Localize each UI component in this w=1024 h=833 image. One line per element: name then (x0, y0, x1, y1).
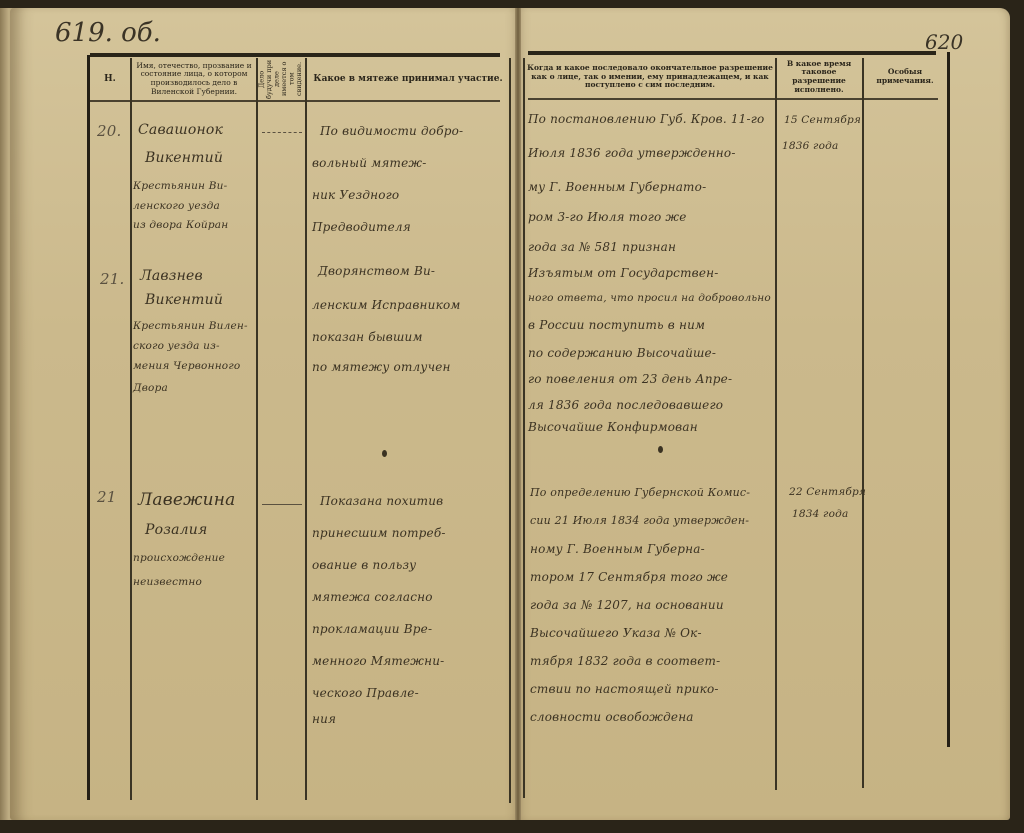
ledger-spread: 619. об. 620 Н. Имя, отечество, прозвани… (0, 0, 1024, 833)
participation-line: ния (312, 712, 336, 726)
row-name-status: мения Червонного (133, 360, 240, 372)
col-divider-name (256, 58, 258, 800)
row-name-surname: Савашонок (138, 122, 223, 138)
resolution-line: му Г. Военным Губернато- (528, 180, 706, 194)
header-case: Дело будучи при деле имеется о том свиде… (258, 58, 304, 100)
participation-line: ленским Исправником (312, 298, 461, 312)
participation-line: ник Уездного (312, 188, 399, 202)
row-name-status: Крестьянин Вилен- (133, 320, 248, 332)
case-dash-mark (262, 132, 302, 133)
participation-line: Предводителя (312, 220, 411, 234)
top-rule-right (528, 51, 936, 55)
executed-year: 1834 года (792, 508, 848, 520)
participation-line: принесшим потреб- (312, 526, 446, 540)
ink-speck (382, 450, 387, 457)
resolution-line: ного ответа, что просил на добровольно (528, 292, 771, 304)
row-name-status: неизвестно (133, 576, 202, 588)
resolution-line: Высочайше Конфирмован (528, 420, 698, 434)
row-name-surname: Лавежина (138, 490, 235, 510)
row-name-status: происхождение (133, 552, 225, 564)
resolution-line: По определению Губернской Комис- (530, 486, 750, 499)
col-divider-participation (509, 58, 511, 803)
resolution-line: по содержанию Высочайше- (528, 346, 716, 360)
header-resolution: Когда и какое последовало окончательное … (526, 56, 774, 98)
resolution-line: словности освобождена (530, 710, 694, 724)
resolution-line: По постановлению Губ. Кров. 11-го (528, 112, 764, 126)
row-name-surname: Лавзнев (140, 268, 203, 284)
executed-year: 1836 года (782, 140, 838, 152)
ink-speck (658, 446, 663, 453)
col-divider-resolution (775, 58, 777, 790)
resolution-line: ля 1836 года последовавшего (528, 398, 723, 412)
participation-line: ческого Правле- (312, 686, 419, 700)
header-rule-left (90, 100, 500, 102)
resolution-line: ствии по настоящей прико- (530, 682, 719, 696)
participation-line: по мятежу отлучен (312, 360, 451, 374)
participation-line: прокламации Вре- (312, 622, 432, 636)
resolution-line: в России поступить в ним (528, 318, 705, 332)
row-name-status: Двора (133, 382, 168, 394)
row-name-given: Викентий (145, 292, 223, 308)
folio-number-left: 619. об. (55, 18, 161, 48)
participation-line: Показана похитив (320, 494, 443, 508)
header-rule-right (528, 98, 938, 100)
row-number: 20. (97, 122, 121, 140)
participation-line: вольный мятеж- (312, 156, 426, 170)
resolution-line: года за № 581 признан (528, 240, 676, 254)
resolution-line: Июля 1836 года утвержденно- (528, 146, 736, 160)
header-name: Имя, отечество, прозвание и состояние ли… (133, 58, 255, 100)
resolution-line: Высочайшего Указа № Ок- (530, 626, 702, 640)
row-number: 21. (100, 270, 124, 288)
top-rule-left (90, 53, 500, 57)
header-executed: В какое время таковое разрешение исполне… (777, 56, 861, 98)
executed-date: 22 Сентября (789, 486, 866, 498)
row-name-status: из двора Койран (133, 219, 228, 231)
header-remarks: Особыя примечания. (864, 56, 946, 98)
resolution-line: года за № 1207, на основании (530, 598, 724, 612)
resolution-line: Изъятым от Государствен- (528, 266, 719, 280)
case-dash-mark (262, 504, 302, 505)
col-divider-resolution-left (523, 58, 525, 798)
row-number: 21 (97, 488, 117, 506)
book-gutter (515, 8, 521, 820)
left-outer-border (87, 55, 90, 800)
resolution-line: тором 17 Сентября того же (530, 570, 728, 584)
row-name-given: Викентий (145, 150, 223, 166)
row-name-status: Крестьянин Ви- (133, 180, 227, 192)
col-divider-number (130, 58, 132, 800)
header-number: Н. (90, 60, 130, 98)
participation-line: мятежа согласно (312, 590, 433, 604)
header-participation: Какое в мятеже принимал участие. (308, 60, 508, 98)
resolution-line: тября 1832 года в соответ- (530, 654, 720, 668)
resolution-line: ром 3-го Июля того же (528, 210, 687, 224)
participation-line: менного Мятежни- (312, 654, 444, 668)
participation-line: По видимости добро- (320, 124, 463, 138)
executed-date: 15 Сентября (784, 114, 861, 126)
col-divider-case (305, 58, 307, 800)
right-outer-border (947, 52, 950, 747)
col-divider-executed (862, 58, 864, 788)
row-name-status: ленского уезда (133, 200, 220, 212)
participation-line: Дворянством Ви- (318, 264, 435, 278)
row-name-given: Розалия (145, 522, 207, 538)
right-page (518, 8, 1010, 820)
resolution-line: ному Г. Военным Губерна- (530, 542, 705, 556)
resolution-line: сии 21 Июля 1834 года утвержден- (530, 514, 749, 527)
participation-line: показан бывшим (312, 330, 423, 344)
resolution-line: го повеления от 23 день Апре- (528, 372, 732, 386)
row-name-status: ского уезда из- (133, 340, 220, 352)
participation-line: ование в пользу (312, 558, 416, 572)
